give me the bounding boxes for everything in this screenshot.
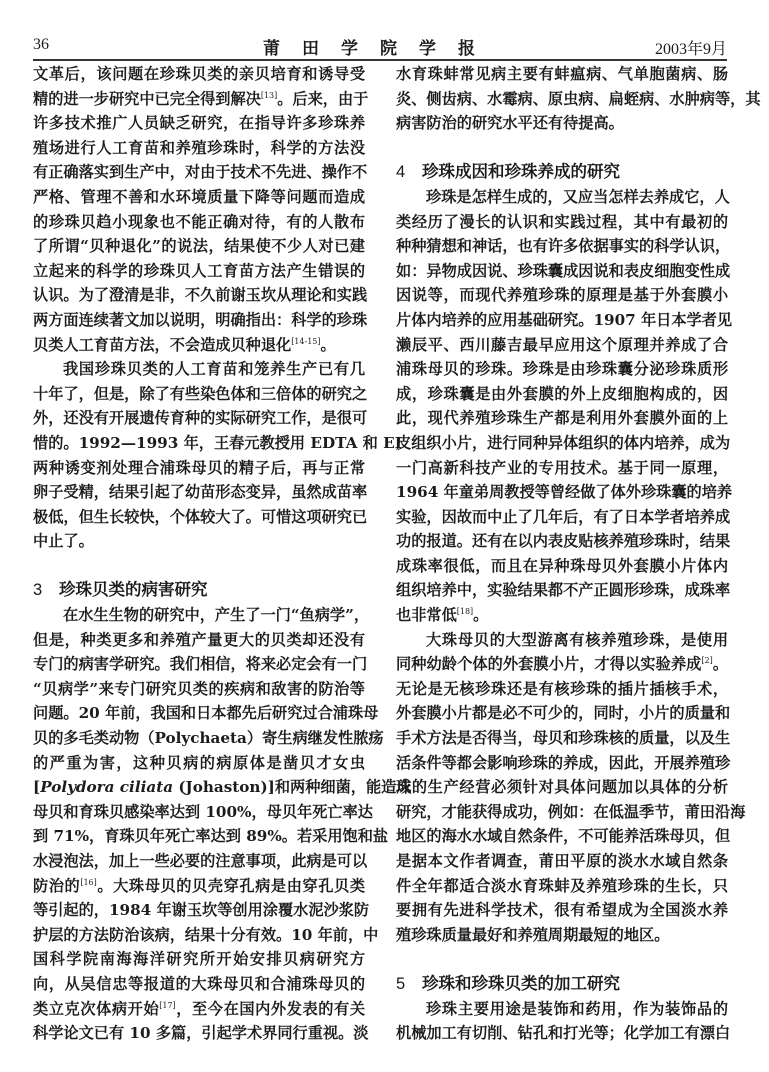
line-text-tail: 。 bbox=[713, 655, 728, 673]
line-text-tail: ，至今在国内外发表的有关 bbox=[176, 1000, 365, 1018]
line-text: 研究，才能获得成功，例如：在低温季节，莆田沿海 bbox=[396, 803, 745, 821]
line-text: 机械加工有切削、钻孔和打光等；化学加工有漂白 bbox=[396, 1024, 730, 1042]
line-text: 类立克次体病开始 bbox=[33, 1000, 159, 1018]
citation-ref: [17] bbox=[159, 1001, 175, 1010]
line-text: 是据本文作者调查，莆田平原的淡水水域自然条 bbox=[396, 852, 728, 870]
text-line: 我国珍珠贝类的人工育苗和笼养生产已有几 bbox=[33, 357, 365, 382]
species-name: Polydora ciliata bbox=[40, 778, 173, 796]
text-line: 珍珠是怎样生成的，又应当怎样去养成它，人 bbox=[396, 185, 728, 210]
line-text: 功的报道。还有在以内表皮贴核养殖珍珠时，结果 bbox=[396, 532, 730, 550]
text-line: 片体内培养的应用基础研究。1907 年日本学者见 bbox=[396, 308, 728, 333]
line-text: 母贝和育珠贝感染率达到 100%，母贝年死亡率达 bbox=[33, 803, 373, 821]
line-text: 立起来的科学的珍珠贝人工育苗方法产生错误的 bbox=[33, 262, 365, 280]
line-text: 水浸泡法，加上一些必要的注意事项，此病是可以 bbox=[33, 852, 367, 870]
line-text: 种种猜想和神话，也有许多依据事实的科学认识， bbox=[396, 237, 730, 255]
line-text: 护层的方法防治该病，结果十分有效。10 年前，中 bbox=[33, 926, 378, 944]
text-line: 类立克次体病开始[17]，至今在国内外发表的有关 bbox=[33, 997, 365, 1022]
text-line: 护层的方法防治该病，结果十分有效。10 年前，中 bbox=[33, 923, 365, 948]
line-text: 组织培养中，实验结果都不产正圆形珍珠，成珠率 bbox=[396, 581, 730, 599]
line-text: 惜的。1992—1993 年，王春元教授用 EDTA 和 EI bbox=[33, 434, 402, 452]
section-number: 5 bbox=[396, 972, 422, 997]
line-text: 等引起的，1984 年谢玉坎等创用涂覆水泥沙浆防 bbox=[33, 901, 369, 919]
line-text: 水育珠蚌常见病主要有蚌瘟病、气单胞菌病、肠 bbox=[396, 65, 728, 83]
text-line: 此，现代养殖珍珠生产都是利用外套膜外面的上 bbox=[396, 406, 728, 431]
line-text: 我国珍珠贝类的人工育苗和笼养生产已有几 bbox=[63, 360, 365, 378]
line-text: 的严重为害，这种贝病的病原体是凿贝才女虫 bbox=[33, 754, 365, 772]
line-text: 珍珠主要用途是装饰和药用，作为装饰品的 bbox=[426, 1000, 728, 1018]
text-line: 向，从吴信忠等报道的大珠母贝和合浦珠母贝的 bbox=[33, 972, 365, 997]
line-text: 科学论文已有 10 多篇，引起学术界同行重视。淡 bbox=[33, 1024, 368, 1042]
line-text-tail: 。 bbox=[321, 336, 336, 354]
line-text: 极低，但生长较快，个体较大了。可惜这项研究已 bbox=[33, 508, 367, 526]
line-text: 件全年都适合淡水育珠蚌及养殖珍珠的生长，只 bbox=[396, 877, 728, 895]
text-line: 珍珠主要用途是装饰和药用，作为装饰品的 bbox=[396, 997, 728, 1022]
text-line: 了所谓“贝种退化”的说法，结果使不少人对已建 bbox=[33, 234, 365, 259]
line-text: 严格、管理不善和水环境质量下降等问题而造成 bbox=[33, 188, 365, 206]
line-text: 濑辰平、西川藤吉最早应用这个原理并养成了合 bbox=[396, 336, 728, 354]
text-line: 外，还没有开展遗传育种的实际研究工作，是很可 bbox=[33, 406, 365, 431]
line-text: 了所谓“贝种退化”的说法，结果使不少人对已建 bbox=[33, 237, 365, 255]
text-line: 病害防治的研究水平还有待提高。 bbox=[396, 111, 728, 136]
text-line: 殖珍珠质量最好和养殖周期最短的地区。 bbox=[396, 923, 728, 948]
line-text: 成，珍珠囊是由外套膜的外上皮细胞构成的，因 bbox=[396, 385, 728, 403]
text-line: 也非常低[18]。 bbox=[396, 603, 728, 628]
text-line: 珠的生产经营必须针对具体问题加以具体的分析 bbox=[396, 775, 728, 800]
text-line: 防治的[16]。大珠母贝的贝壳穿孔病是由穿孔贝类 bbox=[33, 874, 365, 899]
line-text: 一门高新科技产业的专用技术。基于同一原理， bbox=[396, 459, 728, 477]
text-line: 一门高新科技产业的专用技术。基于同一原理， bbox=[396, 456, 728, 481]
text-line: 炎、侧齿病、水霉病、原虫病、扁蛭病、水肿病等，其 bbox=[396, 87, 728, 112]
line-text: 到 71%，育珠贝年死亡率达到 89%。若采用饱和盐 bbox=[33, 827, 388, 845]
line-text: 地区的海水水域自然条件，不可能养活珠母贝，但 bbox=[396, 827, 730, 845]
text-line: 精的进一步研究中已完全得到解决[13]。后来，由于 bbox=[33, 87, 365, 112]
text-line: 机械加工有切削、钻孔和打光等；化学加工有漂白 bbox=[396, 1021, 728, 1046]
line-text-tail: (Johaston)]和两种细菌，能造成 bbox=[173, 778, 411, 796]
line-text-tail: 。后来，由于 bbox=[277, 90, 368, 108]
citation-ref: [13] bbox=[261, 91, 277, 100]
text-line: 组织培养中，实验结果都不产正圆形珍珠，成珠率 bbox=[396, 578, 728, 603]
text-line: 种种猜想和神话，也有许多依据事实的科学认识， bbox=[396, 234, 728, 259]
line-text: 殖场进行人工育苗和养殖珍珠时，科学的方法没 bbox=[33, 139, 365, 157]
line-text: 贝的多毛类动物（Polychaeta）寄生病继发性脓疡 bbox=[33, 729, 384, 747]
line-text: 在水生生物的研究中，产生了一门“鱼病学”， bbox=[63, 606, 369, 624]
text-line: 濑辰平、西川藤吉最早应用这个原理并养成了合 bbox=[396, 333, 728, 358]
line-text: 十年了，但是，除了有些染色体和三倍体的研究之 bbox=[33, 385, 367, 403]
text-line: 中止了。 bbox=[33, 529, 365, 554]
text-line: 的严重为害，这种贝病的病原体是凿贝才女虫 bbox=[33, 751, 365, 776]
section-heading: 4珍珠成因和珍珠养成的研究 bbox=[396, 160, 728, 185]
text-line: 因说等，而现代养殖珍珠的原理是基于外套膜小 bbox=[396, 283, 728, 308]
line-text-tail: 。大珠母贝的贝壳穿孔病是由穿孔贝类 bbox=[97, 877, 365, 895]
line-text: “贝病学”来专门研究贝类的疾病和敌害的防治等 bbox=[33, 680, 365, 698]
section-title: 珍珠和珍珠贝类的加工研究 bbox=[422, 974, 620, 993]
line-text: 无论是无核珍珠还是有核珍珠的插片插核手术， bbox=[396, 680, 728, 698]
text-line: 文革后，该问题在珍珠贝类的亲贝培育和诱导受 bbox=[33, 62, 365, 87]
text-line: 极低，但生长较快，个体较大了。可惜这项研究已 bbox=[33, 505, 365, 530]
journal-title: 莆田学院学报 bbox=[33, 34, 727, 59]
citation-ref: [14-15] bbox=[291, 337, 320, 346]
line-text: 贝类人工育苗方法，不会造成贝种退化 bbox=[33, 336, 291, 354]
text-line: 惜的。1992—1993 年，王春元教授用 EDTA 和 EI bbox=[33, 431, 365, 456]
section-spacer bbox=[33, 554, 365, 579]
running-header: 36 莆田学院学报 2003年9月 bbox=[33, 32, 727, 58]
line-text: 成珠率很低，而且在异种珠母贝外套膜小片体内 bbox=[396, 557, 728, 575]
citation-ref: [16] bbox=[80, 878, 96, 887]
text-line: 地区的海水水域自然条件，不可能养活珠母贝，但 bbox=[396, 824, 728, 849]
line-text: 有正确落实到生产中，对由于技术不先进、操作不 bbox=[33, 163, 367, 181]
line-text: 活条件等都会影响珍珠的养成，因此，开展养殖珍 bbox=[396, 754, 730, 772]
text-line: 手术方法是否得当，母贝和珍珠核的质量，以及生 bbox=[396, 726, 728, 751]
text-line: 贝的多毛类动物（Polychaeta）寄生病继发性脓疡 bbox=[33, 726, 365, 751]
text-line: [Polydora ciliata (Johaston)]和两种细菌，能造成 bbox=[33, 775, 365, 800]
text-line: 两方面连续著文加以说明，明确指出：科学的珍珠 bbox=[33, 308, 365, 333]
line-text: 殖珍珠质量最好和养殖周期最短的地区。 bbox=[396, 926, 669, 944]
line-text: 两种诱变剂处理合浦珠母贝的精子后，再与正常 bbox=[33, 459, 365, 477]
line-text: 要拥有先进科学技术，很有希望成为全国淡水养 bbox=[396, 901, 728, 919]
text-line: 皮组织小片，进行同种异体组织的体内培养，成为 bbox=[396, 431, 728, 456]
right-column: 水育珠蚌常见病主要有蚌瘟病、气单胞菌病、肠炎、侧齿病、水霉病、原虫病、扁蛭病、水… bbox=[396, 62, 728, 1046]
text-line: 严格、管理不善和水环境质量下降等问题而造成 bbox=[33, 185, 365, 210]
line-text: 同种幼龄个体的外套膜小片，才得以实验养成 bbox=[396, 655, 701, 673]
text-line: 母贝和育珠贝感染率达到 100%，母贝年死亡率达 bbox=[33, 800, 365, 825]
section-number: 3 bbox=[33, 578, 59, 603]
line-text: 专门的病害学研究。我们相信，将来必定会有一门 bbox=[33, 655, 367, 673]
text-line: 如：异物成因说、珍珠囊成因说和表皮细胞变性成 bbox=[396, 259, 728, 284]
text-line: 的珍珠贝趋小现象也不能正确对待，有的人散布 bbox=[33, 210, 365, 235]
line-text: 大珠母贝的大型游离有核养殖珍珠，是使用 bbox=[426, 631, 728, 649]
text-line: 科学论文已有 10 多篇，引起学术界同行重视。淡 bbox=[33, 1021, 365, 1046]
text-line: 无论是无核珍珠还是有核珍珠的插片插核手术， bbox=[396, 677, 728, 702]
line-text: 国科学院南海海洋研究所开始安排贝病研究方 bbox=[33, 950, 365, 968]
line-text-tail: 。 bbox=[473, 606, 488, 624]
line-text: 问题。20 年前，我国和日本都先后研究过合浦珠母 bbox=[33, 704, 378, 722]
section-heading: 3珍珠贝类的病害研究 bbox=[33, 578, 365, 603]
text-line: 认识。为了澄清是非，不久前谢玉坎从理论和实践 bbox=[33, 283, 365, 308]
line-text: 实验，因故而中止了几年后，有了日本学者培养成 bbox=[396, 508, 730, 526]
line-text: 因说等，而现代养殖珍珠的原理是基于外套膜小 bbox=[396, 286, 728, 304]
line-text: 文革后，该问题在珍珠贝类的亲贝培育和诱导受 bbox=[33, 65, 365, 83]
text-line: 但是，种类更多和养殖产量更大的贝类却还没有 bbox=[33, 628, 365, 653]
line-text: 卵子受精，结果引起了幼苗形态变异，虽然成苗率 bbox=[33, 483, 367, 501]
text-line: 是据本文作者调查，莆田平原的淡水水域自然条 bbox=[396, 849, 728, 874]
line-text: 外套膜小片都是必不可少的，同时，小片的质量和 bbox=[396, 704, 730, 722]
line-text: 外，还没有开展遗传育种的实际研究工作，是很可 bbox=[33, 409, 367, 427]
citation-ref: [18] bbox=[457, 607, 473, 616]
line-text: 片体内培养的应用基础研究。1907 年日本学者见 bbox=[396, 311, 732, 329]
line-text: 炎、侧齿病、水霉病、原虫病、扁蛭病、水肿病等，其 bbox=[396, 90, 761, 108]
text-line: 成珠率很低，而且在异种珠母贝外套膜小片体内 bbox=[396, 554, 728, 579]
text-line: 贝类人工育苗方法，不会造成贝种退化[14-15]。 bbox=[33, 333, 365, 358]
text-line: 问题。20 年前，我国和日本都先后研究过合浦珠母 bbox=[33, 701, 365, 726]
text-line: 同种幼龄个体的外套膜小片，才得以实验养成[2]。 bbox=[396, 652, 728, 677]
text-line: 立起来的科学的珍珠贝人工育苗方法产生错误的 bbox=[33, 259, 365, 284]
text-line: 十年了，但是，除了有些染色体和三倍体的研究之 bbox=[33, 382, 365, 407]
line-text: 也非常低 bbox=[396, 606, 457, 624]
line-text: 手术方法是否得当，母贝和珍珠核的质量，以及生 bbox=[396, 729, 730, 747]
text-line: 殖场进行人工育苗和养殖珍珠时，科学的方法没 bbox=[33, 136, 365, 161]
text-line: 到 71%，育珠贝年死亡率达到 89%。若采用饱和盐 bbox=[33, 824, 365, 849]
line-text: 防治的 bbox=[33, 877, 80, 895]
text-line: 有正确落实到生产中，对由于技术不先进、操作不 bbox=[33, 160, 365, 185]
header-rule bbox=[33, 59, 727, 61]
text-line: 1964 年童弟周教授等曾经做了体外珍珠囊的培养 bbox=[396, 480, 728, 505]
text-line: 研究，才能获得成功，例如：在低温季节，莆田沿海 bbox=[396, 800, 728, 825]
text-line: 大珠母贝的大型游离有核养殖珍珠，是使用 bbox=[396, 628, 728, 653]
line-text: 的珍珠贝趋小现象也不能正确对待，有的人散布 bbox=[33, 213, 365, 231]
text-line: 卵子受精，结果引起了幼苗形态变异，虽然成苗率 bbox=[33, 480, 365, 505]
text-line: 国科学院南海海洋研究所开始安排贝病研究方 bbox=[33, 947, 365, 972]
line-text: 如：异物成因说、珍珠囊成因说和表皮细胞变性成 bbox=[396, 262, 730, 280]
line-text: 此，现代养殖珍珠生产都是利用外套膜外面的上 bbox=[396, 409, 728, 427]
line-text: 1964 年童弟周教授等曾经做了体外珍珠囊的培养 bbox=[396, 483, 732, 501]
text-line: 活条件等都会影响珍珠的养成，因此，开展养殖珍 bbox=[396, 751, 728, 776]
text-line: 水育珠蚌常见病主要有蚌瘟病、气单胞菌病、肠 bbox=[396, 62, 728, 87]
line-text: 病害防治的研究水平还有待提高。 bbox=[396, 114, 624, 132]
text-line: 件全年都适合淡水育珠蚌及养殖珍珠的生长，只 bbox=[396, 874, 728, 899]
left-column: 文革后，该问题在珍珠贝类的亲贝培育和诱导受精的进一步研究中已完全得到解决[13]… bbox=[33, 62, 365, 1046]
text-line: 外套膜小片都是必不可少的，同时，小片的质量和 bbox=[396, 701, 728, 726]
line-text: 珠的生产经营必须针对具体问题加以具体的分析 bbox=[396, 778, 728, 796]
line-text: 浦珠母贝的珍珠。珍珠是由珍珠囊分泌珍珠质形 bbox=[396, 360, 728, 378]
section-spacer bbox=[396, 136, 728, 161]
line-text: 珍珠是怎样生成的，又应当怎样去养成它，人 bbox=[426, 188, 730, 206]
line-text: 许多技术推广人员缺乏研究，在指导许多珍珠养 bbox=[33, 114, 365, 132]
issue-date: 2003年9月 bbox=[655, 36, 727, 59]
section-title: 珍珠贝类的病害研究 bbox=[59, 580, 208, 599]
citation-ref: [2] bbox=[701, 656, 712, 665]
section-heading: 5珍珠和珍珠贝类的加工研究 bbox=[396, 972, 728, 997]
line-text: 皮组织小片，进行同种异体组织的体内培养，成为 bbox=[396, 434, 730, 452]
text-line: 要拥有先进科学技术，很有希望成为全国淡水养 bbox=[396, 898, 728, 923]
text-line: 实验，因故而中止了几年后，有了日本学者培养成 bbox=[396, 505, 728, 530]
text-line: 浦珠母贝的珍珠。珍珠是由珍珠囊分泌珍珠质形 bbox=[396, 357, 728, 382]
text-line: “贝病学”来专门研究贝类的疾病和敌害的防治等 bbox=[33, 677, 365, 702]
text-line: 专门的病害学研究。我们相信，将来必定会有一门 bbox=[33, 652, 365, 677]
text-line: 功的报道。还有在以内表皮贴核养殖珍珠时，结果 bbox=[396, 529, 728, 554]
section-number: 4 bbox=[396, 160, 422, 185]
line-text: 但是，种类更多和养殖产量更大的贝类却还没有 bbox=[33, 631, 365, 649]
line-text: 中止了。 bbox=[33, 532, 94, 550]
text-line: 在水生生物的研究中，产生了一门“鱼病学”， bbox=[33, 603, 365, 628]
section-title: 珍珠成因和珍珠养成的研究 bbox=[422, 162, 620, 181]
text-line: 许多技术推广人员缺乏研究，在指导许多珍珠养 bbox=[33, 111, 365, 136]
text-line: 类经历了漫长的认识和实践过程，其中有最初的 bbox=[396, 210, 728, 235]
text-line: 等引起的，1984 年谢玉坎等创用涂覆水泥沙浆防 bbox=[33, 898, 365, 923]
section-spacer bbox=[396, 947, 728, 972]
line-text: 精的进一步研究中已完全得到解决 bbox=[33, 90, 261, 108]
line-text: 两方面连续著文加以说明，明确指出：科学的珍珠 bbox=[33, 311, 367, 329]
line-text: 认识。为了澄清是非，不久前谢玉坎从理论和实践 bbox=[33, 286, 367, 304]
line-text: 类经历了漫长的认识和实践过程，其中有最初的 bbox=[396, 213, 728, 231]
line-text: 向，从吴信忠等报道的大珠母贝和合浦珠母贝的 bbox=[33, 975, 365, 993]
text-line: 成，珍珠囊是由外套膜的外上皮细胞构成的，因 bbox=[396, 382, 728, 407]
text-line: 两种诱变剂处理合浦珠母贝的精子后，再与正常 bbox=[33, 456, 365, 481]
text-line: 水浸泡法，加上一些必要的注意事项，此病是可以 bbox=[33, 849, 365, 874]
